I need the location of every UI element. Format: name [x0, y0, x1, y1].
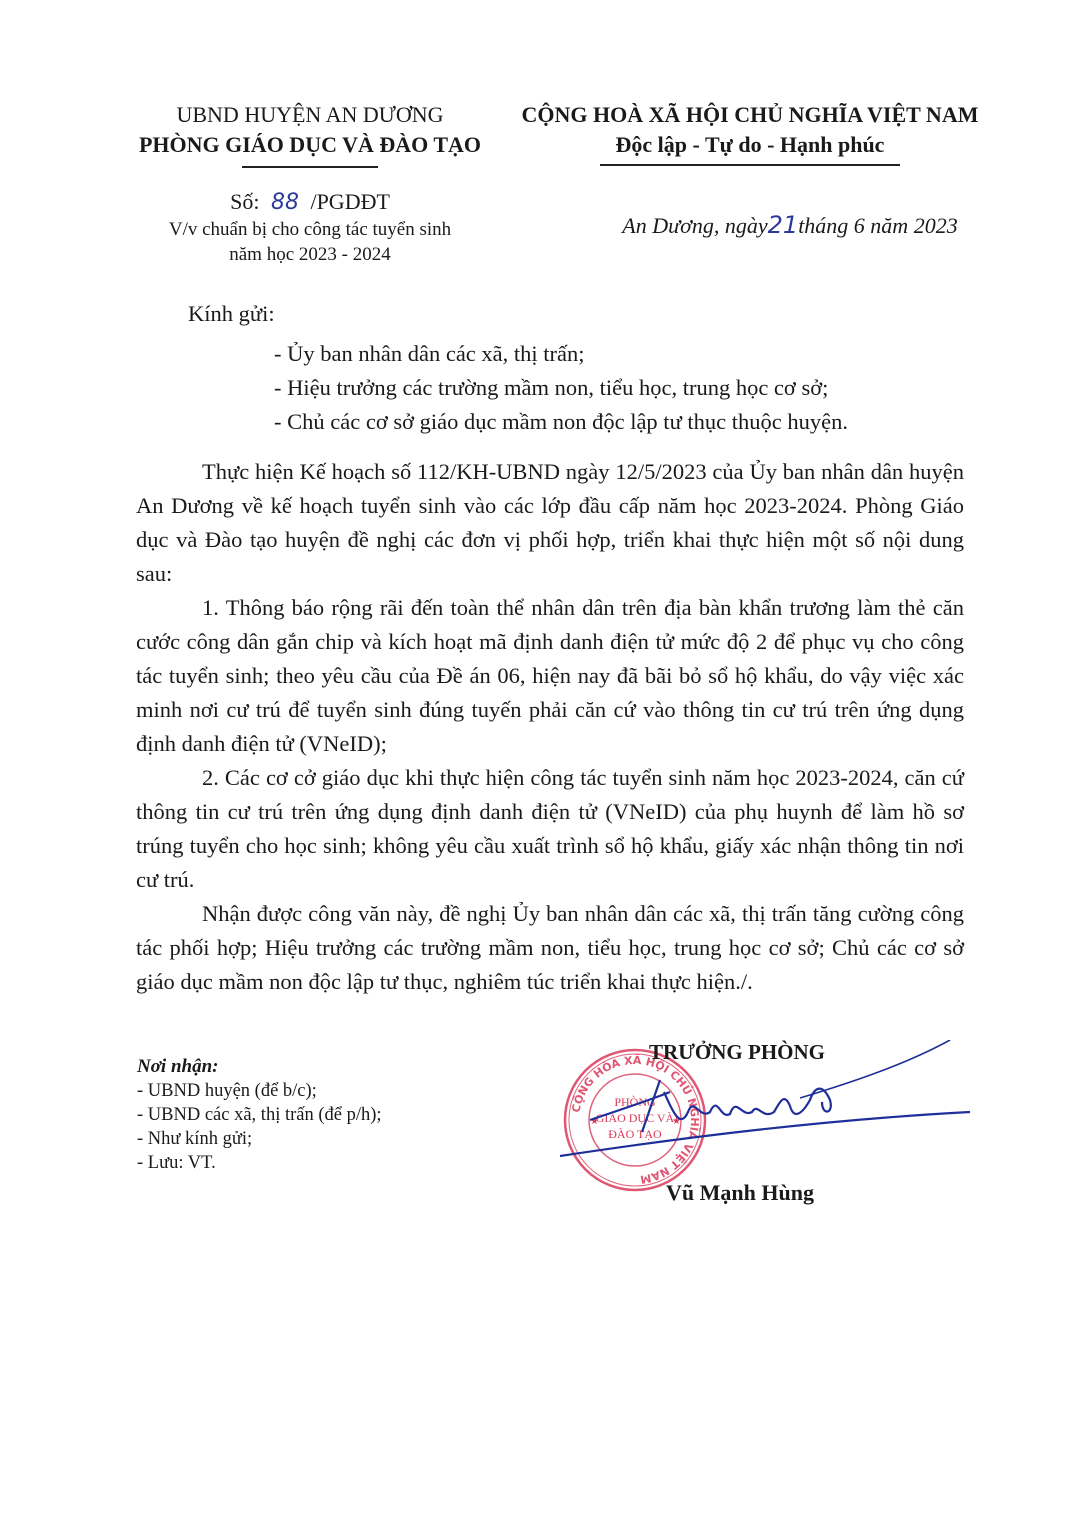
recipient-item: - Chủ các cơ sở giáo dục mầm non độc lập…: [274, 405, 848, 439]
document-number-prefix: Số:: [230, 189, 259, 214]
issuing-authority-header: UBND HUYỆN AN DƯƠNG PHÒNG GIÁO DỤC VÀ ĐÀ…: [100, 100, 520, 168]
subject-line-1: V/v chuẩn bị cho công tác tuyển sinh: [100, 217, 520, 242]
body-paragraph-item-2: 2. Các cơ cở giáo dục khi thực hiện công…: [136, 761, 964, 897]
place-date: An Dương, ngày21tháng 6 năm 2023: [600, 210, 980, 241]
place-date-prefix: An Dương, ngày: [622, 213, 767, 238]
handwritten-signature-icon: [560, 1040, 980, 1180]
motto-underline: [600, 164, 900, 166]
handwritten-day: 21: [768, 211, 799, 239]
document-subject: V/v chuẩn bị cho công tác tuyển sinh năm…: [100, 217, 520, 267]
distribution-item: - Lưu: VT.: [137, 1151, 382, 1175]
header-divider: [242, 166, 378, 168]
body-paragraph-intro: Thực hiện Kế hoạch số 112/KH-UBND ngày 1…: [136, 455, 964, 591]
signer-name: Vũ Mạnh Hùng: [640, 1180, 840, 1206]
document-number-suffix: /PGDĐT: [310, 189, 389, 214]
national-motto: Độc lập - Tự do - Hạnh phúc: [500, 130, 1000, 160]
document-number-handwritten: 88: [271, 190, 299, 215]
document-body: Thực hiện Kế hoạch số 112/KH-UBND ngày 1…: [136, 455, 964, 999]
body-paragraph-item-1: 1. Thông báo rộng rãi đến toàn thể nhân …: [136, 591, 964, 761]
distribution-list: Nơi nhận: - UBND huyện (để b/c); - UBND …: [137, 1055, 382, 1175]
authority-name: UBND HUYỆN AN DƯƠNG: [100, 100, 520, 130]
place-date-suffix: tháng 6 năm 2023: [798, 213, 958, 238]
subject-line-2: năm học 2023 - 2024: [100, 242, 520, 267]
distribution-item: - UBND huyện (để b/c);: [137, 1079, 382, 1103]
distribution-item: - UBND các xã, thị trấn (để p/h);: [137, 1103, 382, 1127]
recipient-item: - Ủy ban nhân dân các xã, thị trấn;: [274, 337, 848, 371]
body-paragraph-closing: Nhận được công văn này, đề nghị Ủy ban n…: [136, 897, 964, 999]
department-name: PHÒNG GIÁO DỤC VÀ ĐÀO TẠO: [100, 130, 520, 160]
document-number: Số: 88 /PGDĐT: [100, 187, 520, 218]
recipient-item: - Hiệu trưởng các trường mầm non, tiểu h…: [274, 371, 848, 405]
distribution-item: - Như kính gửi;: [137, 1127, 382, 1151]
distribution-title: Nơi nhận:: [137, 1055, 382, 1079]
recipient-list: - Ủy ban nhân dân các xã, thị trấn; - Hi…: [274, 337, 848, 439]
national-header: CỘNG HOÀ XÃ HỘI CHỦ NGHĨA VIỆT NAM Độc l…: [500, 100, 1000, 166]
national-title: CỘNG HOÀ XÃ HỘI CHỦ NGHĨA VIỆT NAM: [500, 100, 1000, 130]
salutation: Kính gửi:: [188, 297, 275, 331]
